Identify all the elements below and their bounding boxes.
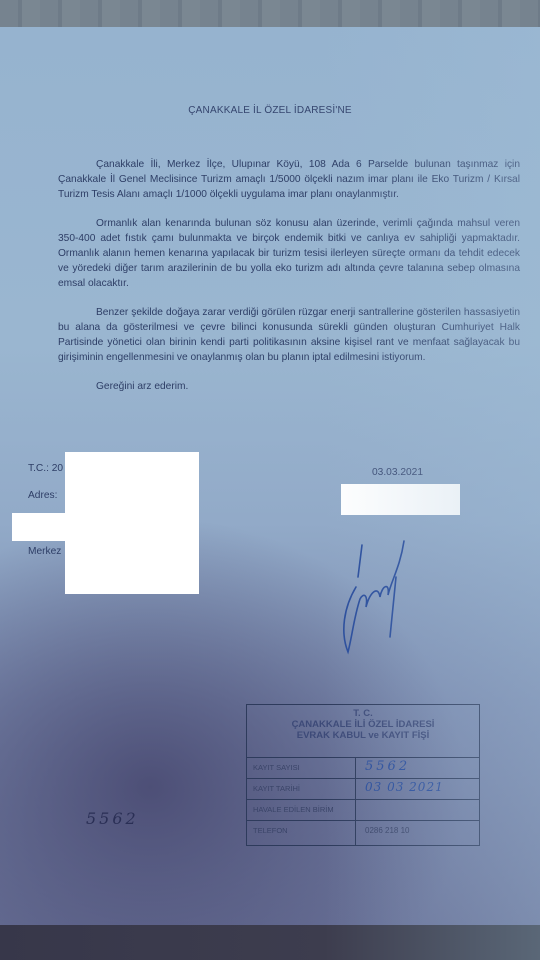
redaction-block-address [12, 513, 67, 541]
paragraph-1: Çanakkale İli, Merkez İlçe, Ulupınar Köy… [58, 157, 520, 202]
stamp-header-line-2: ÇANAKKALE İLİ ÖZEL İDARESİ [247, 719, 479, 730]
stamp-divider [355, 821, 356, 845]
stamp-phone-value: 0286 218 10 [365, 826, 410, 835]
desk-surface-top [0, 0, 540, 28]
closing-line: Gereğini arz ederim. [58, 379, 520, 394]
document-page: ÇANAKKALE İL ÖZEL İDARESİ'NE Çanakkale İ… [0, 27, 540, 927]
stamp-value: 03 03 2021 [365, 780, 444, 794]
stamp-row-phone: TELEFON 0286 218 10 [247, 820, 479, 845]
stamp-label: TELEFON [253, 826, 288, 835]
redaction-block-personal-info [65, 452, 199, 594]
registration-stamp: T. C. ÇANAKKALE İLİ ÖZEL İDARESİ EVRAK K… [246, 704, 480, 846]
margin-registration-number: 5562 [86, 809, 139, 828]
addressee-heading: ÇANAKKALE İL ÖZEL İDARESİ'NE [0, 105, 540, 116]
stamp-label: KAYIT SAYISI [253, 763, 300, 772]
signature-icon [340, 537, 440, 657]
stamp-label: HAVALE EDİLEN BİRİM [253, 805, 334, 814]
stamp-header-line-1: T. C. [247, 708, 479, 719]
stamp-header-line-3: EVRAK KABUL ve KAYIT FİŞİ [247, 730, 479, 741]
stamp-row-record-number: KAYIT SAYISI 5562 [247, 757, 479, 779]
district-label: Merkez [28, 544, 61, 559]
desk-surface-bottom [0, 925, 540, 960]
stamp-divider [355, 758, 356, 779]
paragraph-2: Ormanlık alan kenarında bulunan söz konu… [58, 216, 520, 291]
stamp-row-assigned-unit: HAVALE EDİLEN BİRİM [247, 799, 479, 821]
stamp-divider [355, 800, 356, 821]
stamp-row-record-date: KAYIT TARİHİ 03 03 2021 [247, 778, 479, 800]
redaction-block-name [341, 484, 460, 515]
stamp-value: 5562 [365, 759, 410, 774]
stamp-label: KAYIT TARİHİ [253, 784, 300, 793]
tc-id-label: T.C.: 20 [28, 461, 63, 476]
document-date: 03.03.2021 [372, 465, 423, 480]
stamp-divider [355, 779, 356, 800]
paragraph-3: Benzer şekilde doğaya zarar verdiği görü… [58, 305, 520, 365]
address-label: Adres: [28, 488, 57, 503]
